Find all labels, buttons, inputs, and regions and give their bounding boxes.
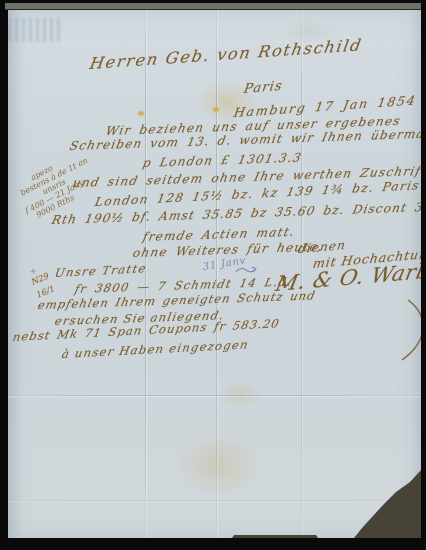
received-date-arrow xyxy=(236,265,258,275)
postscript-line: Unsre Tratte xyxy=(54,261,148,280)
ink-stain-dot xyxy=(213,107,219,112)
ink-stain-dot xyxy=(138,111,144,116)
fold-crease-horizontal xyxy=(8,395,421,396)
signature-flourish xyxy=(394,300,426,362)
body-line: p London £ 1301.3.3 xyxy=(142,151,304,170)
faded-stamp xyxy=(8,18,62,42)
address-city: Paris xyxy=(243,79,284,97)
address-recipient: Herren Geb. von Rothschild xyxy=(88,35,364,73)
scanner-edge-strip xyxy=(5,3,421,10)
fold-crease-vertical xyxy=(216,10,217,538)
fold-crease-horizontal xyxy=(8,500,421,501)
scanned-letter-page: Herren Geb. von Rothschild Paris Hamburg… xyxy=(0,0,426,550)
letter-paper: Herren Geb. von Rothschild Paris Hamburg… xyxy=(8,10,421,538)
postscript-line: à unser Haben eingezogen xyxy=(61,337,251,361)
